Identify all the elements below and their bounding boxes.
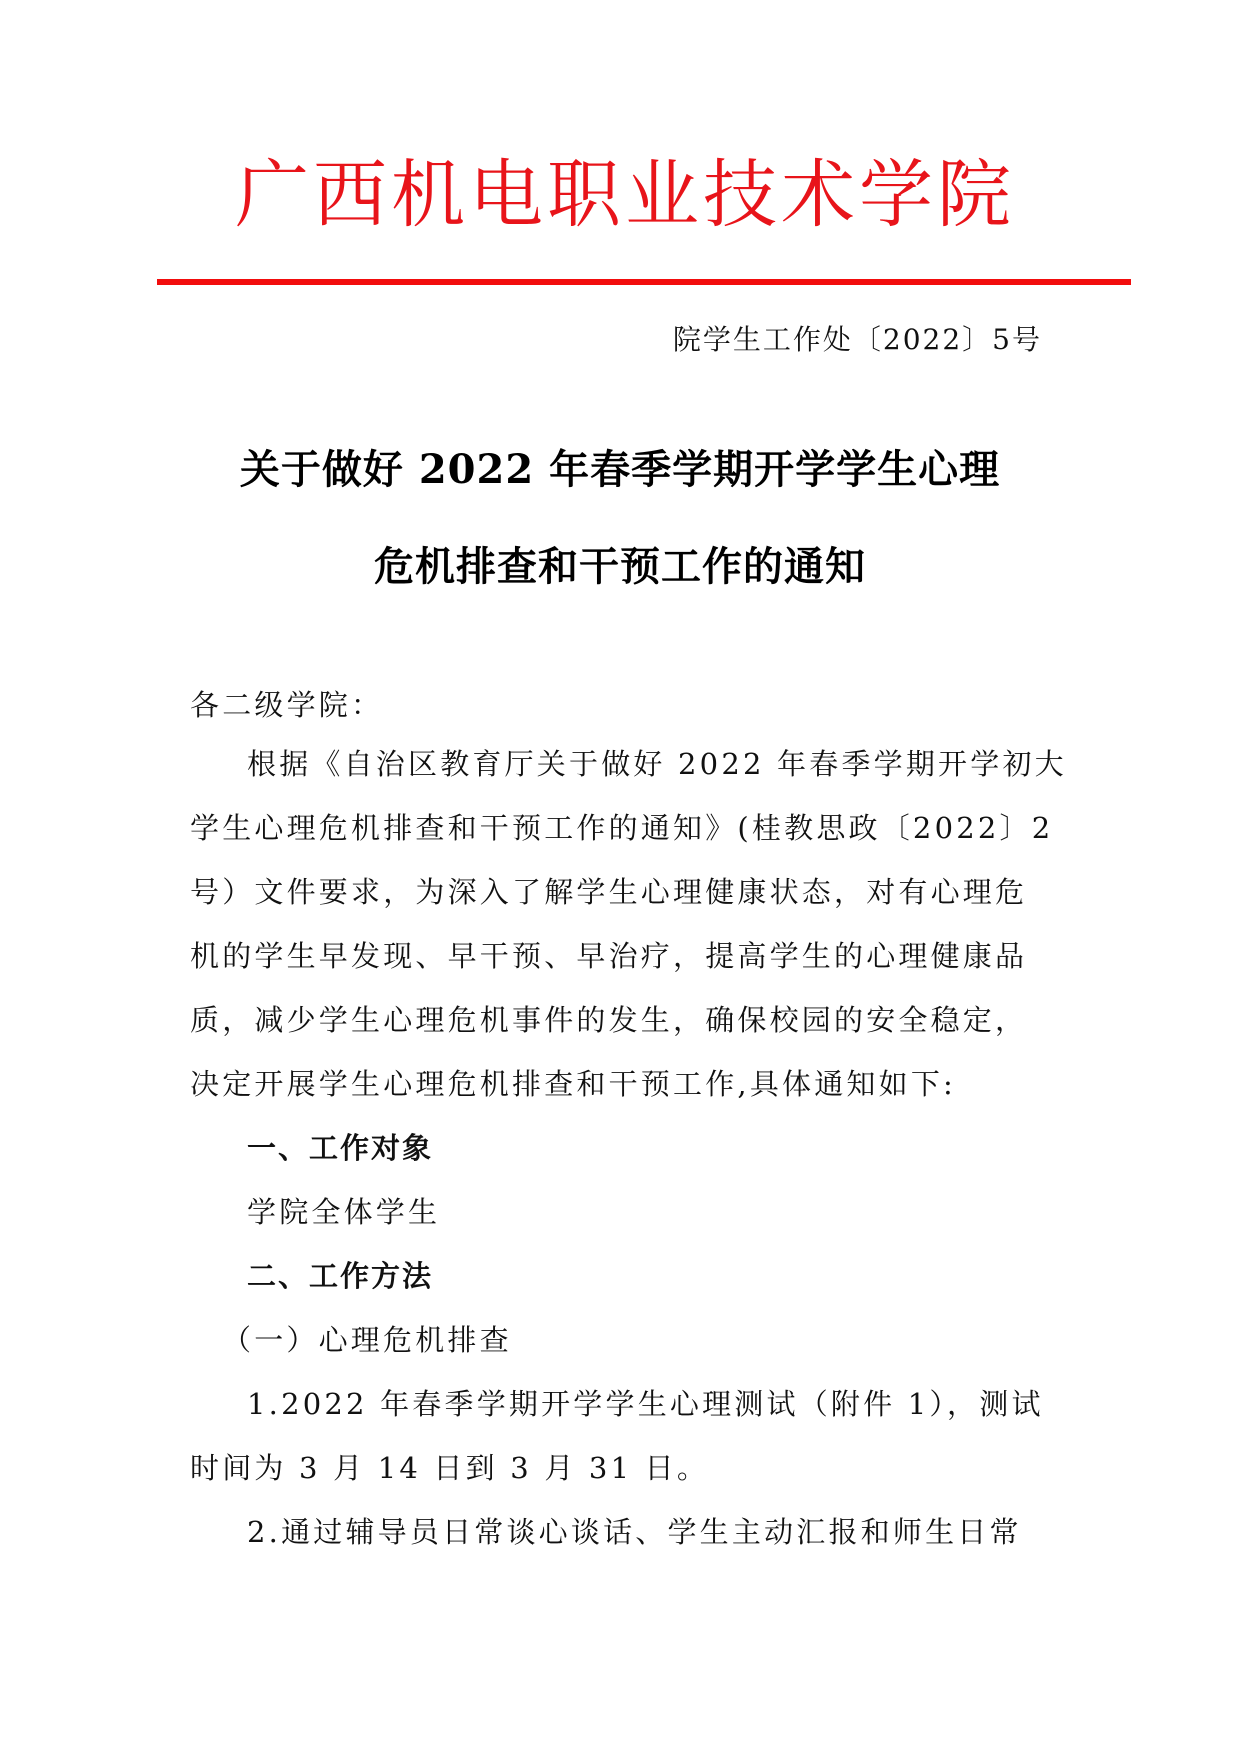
institution-header: 广西机电职业技术学院 — [0, 150, 1240, 240]
section-heading-work-target: 一、工作对象 — [247, 1126, 433, 1167]
salutation: 各二级学院： — [190, 683, 383, 724]
intro-line: 根据《自治区教育厅关于做好 2022 年春季学期开学初大 — [247, 742, 1067, 783]
section-heading-work-method: 二、工作方法 — [247, 1254, 433, 1295]
item-1-line: 时间为 3 月 14 日到 3 月 31 日。 — [190, 1446, 709, 1487]
red-divider-rule — [157, 279, 1131, 285]
intro-line: 学生心理危机排查和干预工作的通知》(桂教思政〔2022〕2 — [190, 806, 1053, 847]
item-1-line: 1.2022 年春季学期开学学生心理测试（附件 1），测试 — [247, 1382, 1044, 1423]
document-page: 广西机电职业技术学院 院学生工作处〔2022〕5号 关于做好 2022 年春季学… — [0, 0, 1240, 1753]
intro-line: 号）文件要求，为深入了解学生心理健康状态，对有心理危 — [190, 870, 1027, 911]
section-text-work-target: 学院全体学生 — [247, 1190, 440, 1231]
document-number: 院学生工作处〔2022〕5号 — [673, 318, 1042, 358]
item-2-line: 2.通过辅导员日常谈心谈话、学生主动汇报和师生日常 — [247, 1510, 1022, 1551]
intro-line: 机的学生早发现、早干预、早治疗，提高学生的心理健康品 — [190, 934, 1027, 975]
intro-line: 质，减少学生心理危机事件的发生，确保校园的安全稳定， — [190, 998, 1027, 1039]
intro-line: 决定开展学生心理危机排查和干预工作,具体通知如下: — [190, 1062, 956, 1103]
subsection-heading-crisis-screening: （一）心理危机排查 — [222, 1318, 512, 1359]
document-title-line-2: 危机排查和干预工作的通知 — [0, 535, 1240, 592]
document-title-line-1: 关于做好 2022 年春季学期开学学生心理 — [0, 438, 1240, 495]
